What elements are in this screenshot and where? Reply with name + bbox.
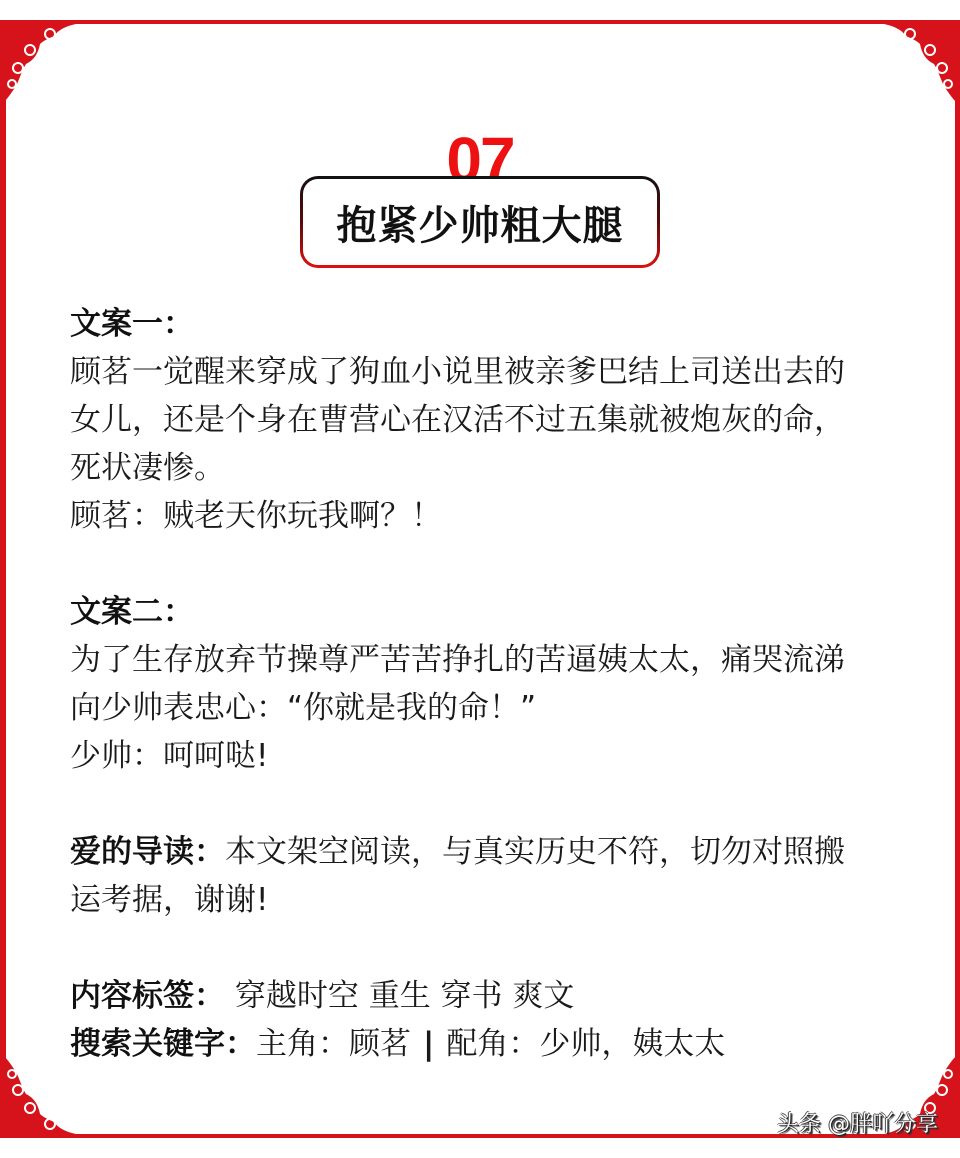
guide-line: 运考据，谢谢! <box>70 876 890 924</box>
guide-text: 本文架空阅读，与真实历史不符，切勿对照搬 <box>225 834 845 870</box>
keywords-separator: | <box>411 1026 446 1062</box>
copy1-line: 顾茗：贼老天你玩我啊？！ <box>70 492 890 540</box>
spacer <box>70 924 890 972</box>
article-body: 文案一： 顾茗一觉醒来穿成了狗血小说里被亲爹巴结上司送出去的 女儿，还是个身在曹… <box>70 300 890 1068</box>
spacer <box>70 540 890 588</box>
cloud-corner-ornament-icon <box>0 20 82 102</box>
title-box: 抱紧少帅粗大腿 <box>300 176 660 268</box>
tags-label: 内容标签： <box>70 978 225 1014</box>
guide-label: 爱的导读： <box>70 834 225 870</box>
page-title: 抱紧少帅粗大腿 <box>303 179 657 265</box>
watermark: 头条 @胖吖分享 <box>777 1107 938 1138</box>
copy2-line: 少帅：呵呵哒! <box>70 732 890 780</box>
cloud-corner-ornament-icon <box>0 1056 82 1138</box>
tags-value: 穿越时空 重生 穿书 爽文 <box>225 978 574 1014</box>
keywords-main: 主角：顾茗 <box>256 1026 411 1062</box>
keywords-label: 搜索关键字： <box>70 1026 256 1062</box>
copy2-heading: 文案二： <box>70 588 890 636</box>
keywords-row: 搜索关键字：主角：顾茗|配角：少帅，姨太太 <box>70 1020 890 1068</box>
copy1-line: 顾茗一觉醒来穿成了狗血小说里被亲爹巴结上司送出去的 <box>70 348 890 396</box>
copy2-line: 为了生存放弃节操尊严苦苦挣扎的苦逼姨太太，痛哭流涕 <box>70 636 890 684</box>
keywords-support: 配角：少帅，姨太太 <box>446 1026 725 1062</box>
copy1-line: 女儿，还是个身在曹营心在汉活不过五集就被炮灰的命， <box>70 396 890 444</box>
guide-paragraph: 爱的导读：本文架空阅读，与真实历史不符，切勿对照搬 <box>70 828 890 876</box>
copy1-line: 死状凄惨。 <box>70 444 890 492</box>
copy1-heading: 文案一： <box>70 300 890 348</box>
tags-row: 内容标签： 穿越时空 重生 穿书 爽文 <box>70 972 890 1020</box>
spacer <box>70 780 890 828</box>
copy2-line: 向少帅表忠心：“你就是我的命！” <box>70 684 890 732</box>
cloud-corner-ornament-icon <box>878 20 960 102</box>
